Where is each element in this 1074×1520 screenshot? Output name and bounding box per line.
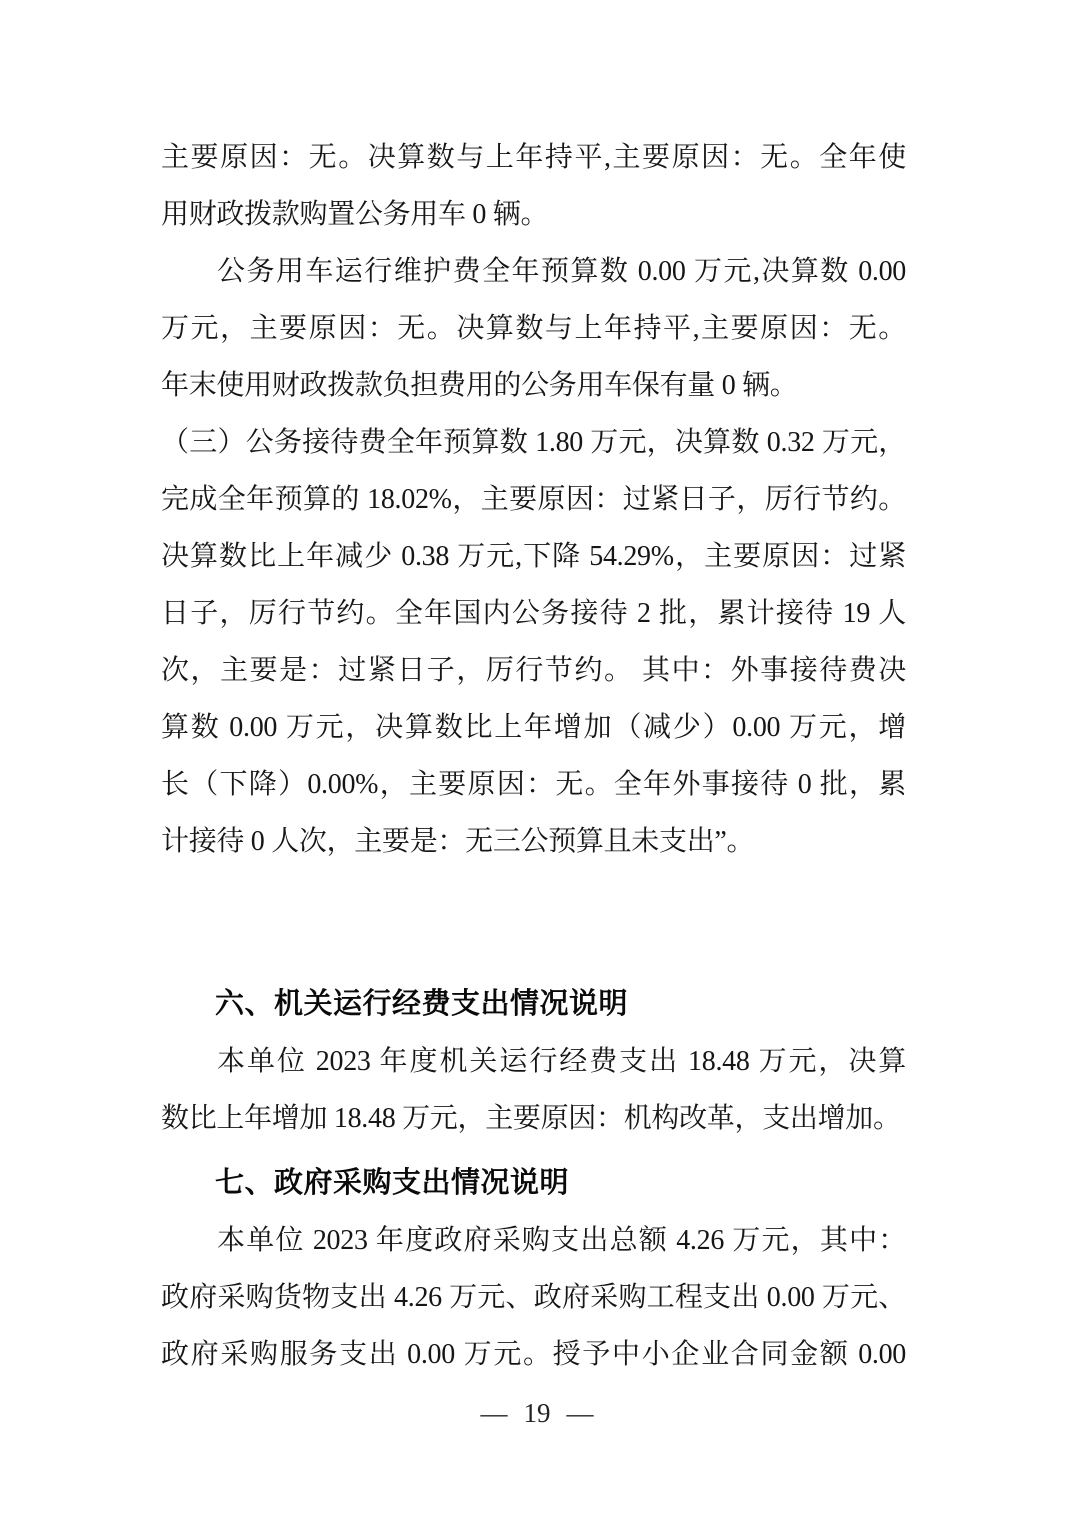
- text-line: 用财政拨款购置公务用车 0 辆。: [161, 186, 906, 243]
- text-line: 政府采购货物支出 4.26 万元、政府采购工程支出 0.00 万元、: [161, 1269, 906, 1326]
- text-line: 决算数比上年减少 0.38 万元,下降 54.29%，主要原因：过紧: [161, 528, 906, 585]
- text-line: 主要原因：无。决算数与上年持平,主要原因：无。全年使: [161, 129, 906, 186]
- text-line: 完成全年预算的 18.02%，主要原因：过紧日子，厉行节约。: [161, 471, 906, 528]
- text-line: 政府采购服务支出 0.00 万元。授予中小企业合同金额 0.00: [161, 1326, 906, 1383]
- text-line: 本单位 2023 年度机关运行经费支出 18.48 万元，决算: [161, 1033, 906, 1090]
- section-heading-seven: 七、政府采购支出情况说明: [161, 1155, 906, 1212]
- text-line: 万元，主要原因：无。决算数与上年持平,主要原因：无。: [161, 300, 906, 357]
- text-line: 算数 0.00 万元，决算数比上年增加（减少）0.00 万元，增: [161, 699, 906, 756]
- text-line: 次，主要是：过紧日子，厉行节约。 其中：外事接待费决: [161, 642, 906, 699]
- document-page: 主要原因：无。决算数与上年持平,主要原因：无。全年使 用财政拨款购置公务用车 0…: [0, 0, 1074, 1520]
- text-line: （三）公务接待费全年预算数 1.80 万元，决算数 0.32 万元，: [161, 414, 906, 471]
- text-line: 公务用车运行维护费全年预算数 0.00 万元,决算数 0.00: [161, 243, 906, 300]
- page-footer: —19—: [0, 1398, 1074, 1429]
- text-line: 数比上年增加 18.48 万元，主要原因：机构改革，支出增加。: [161, 1090, 906, 1147]
- text-line: 计接待 0 人次，主要是：无三公预算且未支出”。: [161, 813, 906, 870]
- footer-dash-left: —: [481, 1398, 508, 1429]
- text-line: 日子，厉行节约。全年国内公务接待 2 批，累计接待 19 人: [161, 585, 906, 642]
- text-line: 本单位 2023 年度政府采购支出总额 4.26 万元，其中：: [161, 1212, 906, 1269]
- text-content: 主要原因：无。决算数与上年持平,主要原因：无。全年使 用财政拨款购置公务用车 0…: [161, 129, 906, 1383]
- section-heading-six: 六、机关运行经费支出情况说明: [161, 976, 906, 1033]
- footer-dash-right: —: [567, 1398, 594, 1429]
- text-line: 长（下降）0.00%，主要原因：无。全年外事接待 0 批，累: [161, 756, 906, 813]
- text-line: 年末使用财政拨款负担费用的公务用车保有量 0 辆。: [161, 357, 906, 414]
- page-number: 19: [524, 1398, 551, 1428]
